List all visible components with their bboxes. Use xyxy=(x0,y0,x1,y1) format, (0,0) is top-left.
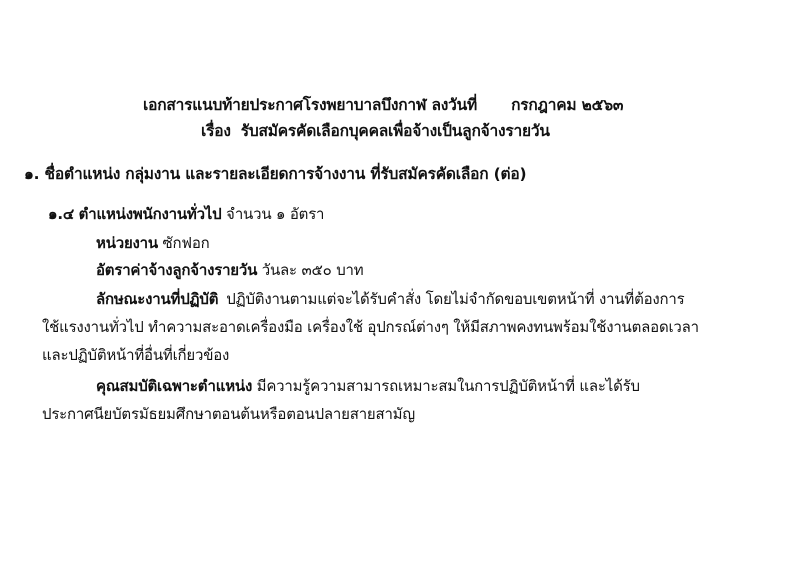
subject-label: เรื่อง xyxy=(201,122,231,140)
qualification-label: คุณสมบัติเฉพาะตำแหน่ง xyxy=(96,377,252,395)
unit-label: หน่วยงาน xyxy=(96,234,158,252)
qualification-text-2: ประกาศนียบัตรมัธยมศึกษาตอนต้นหรือตอนปลาย… xyxy=(42,403,415,425)
duty-text-1: ปฏิบัติงานตามแต่จะได้รับคำสั่ง โดยไม่จำก… xyxy=(226,290,684,308)
header-date: กรกฎาคม ๒๕๖๓ xyxy=(511,96,623,114)
duty-text-2: ใช้แรงงานทั่วไป ทำความสะอาดเครื่องมือ เค… xyxy=(42,316,699,338)
position-number: ๑.๔ xyxy=(48,205,74,223)
section-1-heading: ๑. ชื่อตำแหน่ง กลุ่มงาน และรายละเอียดการ… xyxy=(24,163,526,185)
rate-value: วันละ ๓๕๐ บาท xyxy=(262,261,364,279)
document-subject: เรื่องรับสมัครคัดเลือกบุคคลเพื่อจ้างเป็น… xyxy=(201,120,550,142)
unit-row: หน่วยงาน ซักฟอก xyxy=(96,232,210,254)
duty-text-3: และปฏิบัติหน้าที่อื่นที่เกี่ยวข้อง xyxy=(42,344,229,366)
qualification-text-1: มีความรู้ความสามารถเหมาะสมในการปฏิบัติหน… xyxy=(257,377,640,395)
document-header-title: เอกสารแนบท้ายประกาศโรงพยาบาลบึงกาฬ ลงวัน… xyxy=(143,94,623,116)
qualification-row: คุณสมบัติเฉพาะตำแหน่ง มีความรู้ความสามาร… xyxy=(96,375,640,397)
duty-row: ลักษณะงานที่ปฏิบัติปฏิบัติงานตามแต่จะได้… xyxy=(96,288,685,310)
duty-label: ลักษณะงานที่ปฏิบัติ xyxy=(96,290,218,308)
position-count: จำนวน ๑ อัตรา xyxy=(226,205,324,223)
document-page: เอกสารแนบท้ายประกาศโรงพยาบาลบึงกาฬ ลงวัน… xyxy=(0,0,800,580)
position-title: ตำแหน่งพนักงานทั่วไป xyxy=(79,205,222,223)
rate-label: อัตราค่าจ้างลูกจ้างรายวัน xyxy=(96,261,257,279)
unit-value: ซักฟอก xyxy=(163,234,210,252)
subject-text: รับสมัครคัดเลือกบุคคลเพื่อจ้างเป็นลูกจ้า… xyxy=(241,122,550,140)
position-heading: ๑.๔ ตำแหน่งพนักงานทั่วไป จำนวน ๑ อัตรา xyxy=(48,203,324,225)
header-title-text: เอกสารแนบท้ายประกาศโรงพยาบาลบึงกาฬ ลงวัน… xyxy=(143,96,477,114)
rate-row: อัตราค่าจ้างลูกจ้างรายวัน วันละ ๓๕๐ บาท xyxy=(96,259,363,281)
